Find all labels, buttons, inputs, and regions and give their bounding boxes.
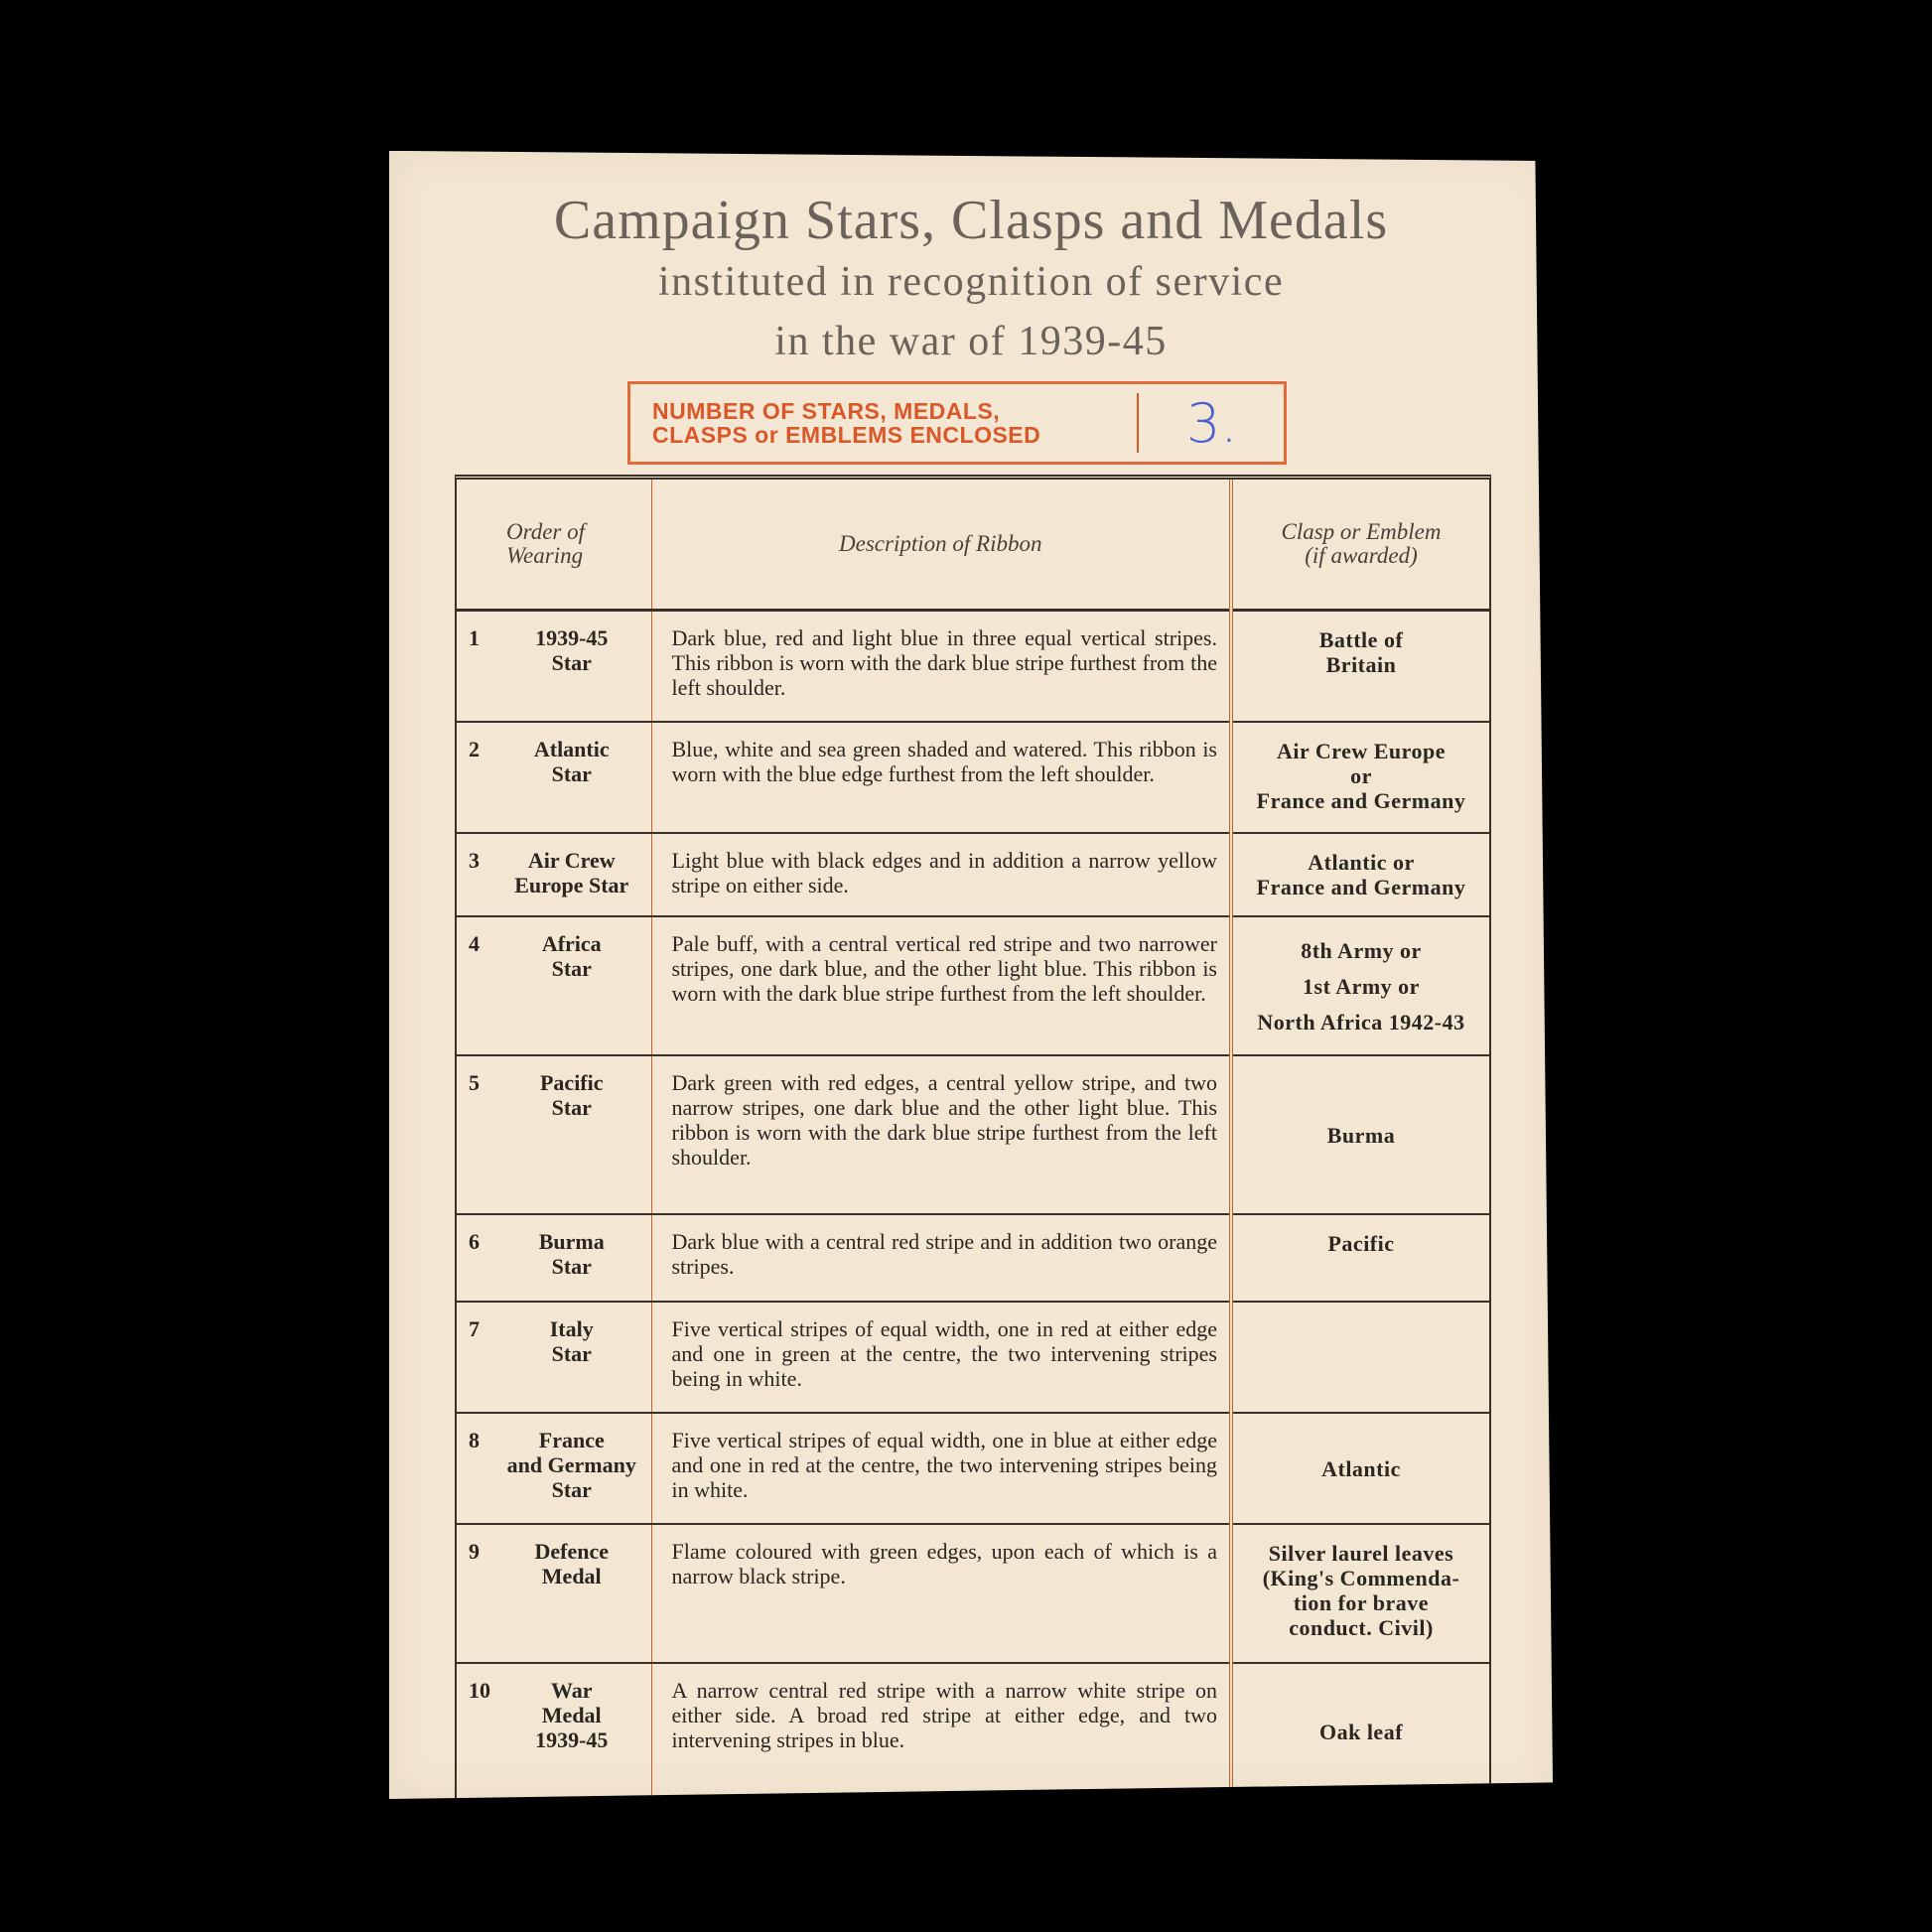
order-of-wearing-cell: 11939-45 Star [457,611,651,723]
order-number: 6 [467,1229,502,1279]
ribbon-description-cell: Blue, white and sea green shaded and wat… [651,722,1231,833]
order-number: 3 [467,848,502,897]
award-name: Pacific Star [502,1070,641,1120]
clasp-or-emblem-cell: Oak leaf [1231,1663,1489,1799]
clasp-or-emblem-cell: Pacific [1231,1214,1489,1302]
order-of-wearing-cell: 7Italy Star [457,1302,651,1413]
order-of-wearing-cell: 9Defence Medal [457,1524,651,1663]
order-of-wearing-cell: 6Burma Star [457,1214,651,1302]
enclosed-count-label: NUMBER OF STARS, MEDALS, CLASPS or EMBLE… [630,393,1139,453]
enclosed-count-box: NUMBER OF STARS, MEDALS, CLASPS or EMBLE… [627,381,1287,465]
document-subtitle-line2: in the war of 1939-45 [389,318,1553,365]
order-number: 1 [467,625,502,675]
ribbon-description-cell: Pale buff, with a central vertical red s… [651,916,1231,1055]
table-row: 10War Medal 1939-45A narrow central red … [457,1663,1489,1799]
document-title: Campaign Stars, Clasps and Medals [389,189,1553,252]
award-name: Italy Star [502,1316,641,1366]
clasp-or-emblem-cell: Air Crew Europe or France and Germany [1231,722,1489,833]
order-of-wearing-cell: 5Pacific Star [457,1055,651,1214]
table-header-row: Order of Wearing Description of Ribbon C… [457,480,1489,611]
order-number: 9 [467,1539,502,1588]
table-row: 2Atlantic StarBlue, white and sea green … [457,722,1489,833]
document-sheet: Campaign Stars, Clasps and Medals instit… [389,151,1553,1799]
order-of-wearing-cell: 2Atlantic Star [457,722,651,833]
clasp-or-emblem-cell [1231,1302,1489,1413]
ribbon-description-cell: Flame coloured with green edges, upon ea… [651,1524,1231,1663]
table-row: 8France and Germany StarFive vertical st… [457,1413,1489,1524]
header-description-of-ribbon: Description of Ribbon [651,480,1231,611]
award-name: 1939-45 Star [502,625,641,675]
order-number: 8 [467,1428,502,1502]
ribbon-description-cell: Light blue with black edges and in addit… [651,833,1231,916]
clasp-or-emblem-cell: Atlantic [1231,1413,1489,1524]
header-clasp-label: Clasp or Emblem (if awarded) [1272,520,1450,568]
medals-table: Order of Wearing Description of Ribbon C… [457,480,1489,1799]
table-row: 6Burma StarDark blue with a central red … [457,1214,1489,1302]
order-of-wearing-cell: 8France and Germany Star [457,1413,651,1524]
ribbon-description-cell: Five vertical stripes of equal width, on… [651,1302,1231,1413]
header-order-of-wearing: Order of Wearing [457,480,651,611]
ribbon-description-cell: Five vertical stripes of equal width, on… [651,1413,1231,1524]
clasp-or-emblem-cell: Battle of Britain [1231,611,1489,723]
order-number: 10 [467,1678,502,1752]
order-of-wearing-cell: 4Africa Star [457,916,651,1055]
award-name: Atlantic Star [502,737,641,786]
medals-table-frame: Order of Wearing Description of Ribbon C… [455,475,1491,1802]
order-of-wearing-cell: 3Air Crew Europe Star [457,833,651,916]
award-name: Burma Star [502,1229,641,1279]
clasp-or-emblem-cell: Silver laurel leaves (King's Commenda- t… [1231,1524,1489,1663]
order-number: 5 [467,1070,502,1120]
award-name: Defence Medal [502,1539,641,1588]
enclosed-count-label-line2: CLASPS or EMBLEMS ENCLOSED [652,423,1137,447]
award-name: Africa Star [502,931,641,981]
ribbon-description-cell: Dark green with red edges, a central yel… [651,1055,1231,1214]
ribbon-description-cell: A narrow central red stripe with a narro… [651,1663,1231,1799]
table-row: 3Air Crew Europe StarLight blue with bla… [457,833,1489,916]
order-number: 7 [467,1316,502,1366]
ribbon-description-cell: Dark blue with a central red stripe and … [651,1214,1231,1302]
table-row: 9Defence MedalFlame coloured with green … [457,1524,1489,1663]
ribbon-description-cell: Dark blue, red and light blue in three e… [651,611,1231,723]
header-order-label: Order of Wearing [506,520,606,568]
award-name: War Medal 1939-45 [502,1678,641,1752]
clasp-or-emblem-cell: Atlantic or France and Germany [1231,833,1489,916]
enclosed-count-value: 3. [1139,392,1284,455]
table-row: 5Pacific StarDark green with red edges, … [457,1055,1489,1214]
header-clasp-or-emblem: Clasp or Emblem (if awarded) [1231,480,1489,611]
clasp-or-emblem-cell: Burma [1231,1055,1489,1214]
clasp-or-emblem-cell: 8th Army or 1st Army or North Africa 194… [1231,916,1489,1055]
document-subtitle-line1: instituted in recognition of service [389,258,1553,306]
order-number: 4 [467,931,502,981]
table-row: 7Italy StarFive vertical stripes of equa… [457,1302,1489,1413]
award-name: Air Crew Europe Star [502,848,641,897]
enclosed-count-label-line1: NUMBER OF STARS, MEDALS, [652,399,1137,423]
award-name: France and Germany Star [502,1428,641,1502]
order-number: 2 [467,737,502,786]
order-of-wearing-cell: 10War Medal 1939-45 [457,1663,651,1799]
table-row: 4Africa StarPale buff, with a central ve… [457,916,1489,1055]
table-row: 11939-45 StarDark blue, red and light bl… [457,611,1489,723]
